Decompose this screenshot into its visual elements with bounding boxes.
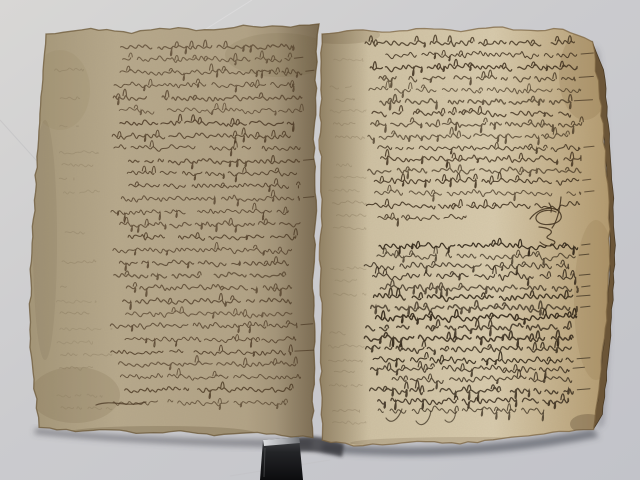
left-paper-texture bbox=[28, 22, 324, 444]
right-paper-texture bbox=[318, 24, 618, 450]
photo-stage bbox=[0, 0, 640, 480]
manuscript-photo bbox=[0, 0, 640, 480]
book-clamp bbox=[260, 437, 303, 480]
